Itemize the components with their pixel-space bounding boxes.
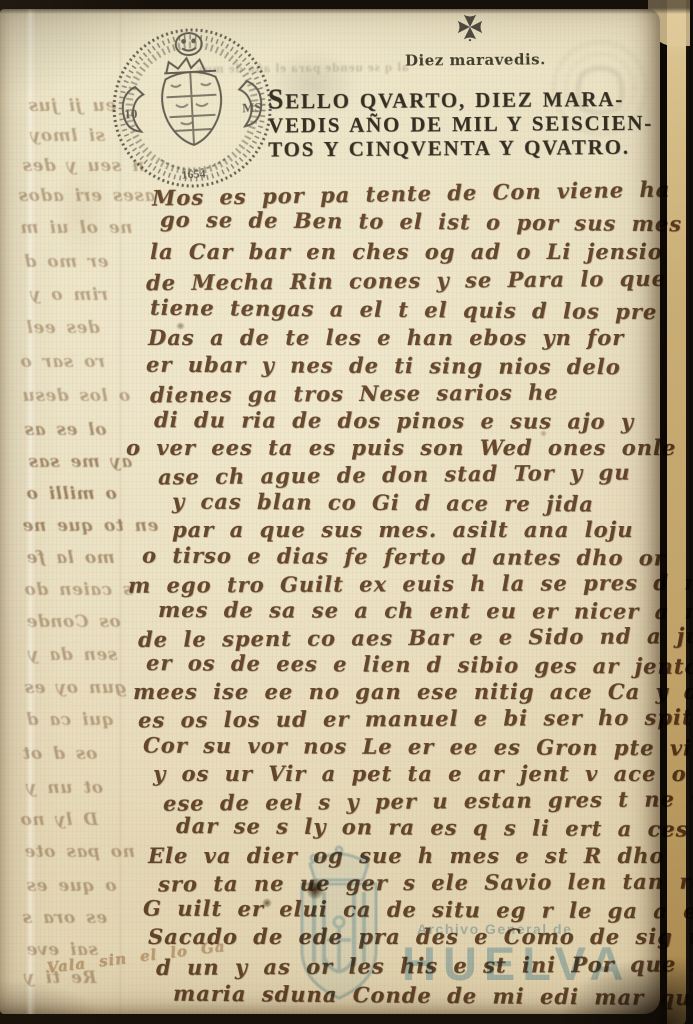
seal-right-value: MS (242, 99, 262, 115)
ink-blot (176, 322, 185, 330)
ink-blot (540, 430, 547, 437)
duty-line: Diez maravedis. (405, 50, 546, 69)
maltese-cross-icon (456, 12, 484, 42)
stamp-line: TOS Y CINQVENTA Y QVATRO. (268, 135, 668, 162)
stamp-line: SELLO QVARTO, DIEZ MARA- (268, 86, 668, 114)
ink-blot (306, 878, 324, 900)
manuscript-scan: Archivo General de HUELVA eu ji jussi lm… (0, 0, 693, 1024)
stamp-line: VEDIS AÑO DE MIL Y SEISCIEN- (268, 111, 668, 138)
next-page-edge (667, 0, 689, 1024)
tax-seal-stamp: 10 MS 1654 (102, 16, 283, 197)
ink-blot (262, 898, 272, 908)
stain (52, 149, 112, 269)
stamp-text-block: SELLO QVARTO, DIEZ MARA- VEDIS AÑO DE MI… (268, 86, 668, 162)
seal-left-value: 10 (124, 106, 138, 122)
seal-year: 1654 (181, 166, 206, 181)
